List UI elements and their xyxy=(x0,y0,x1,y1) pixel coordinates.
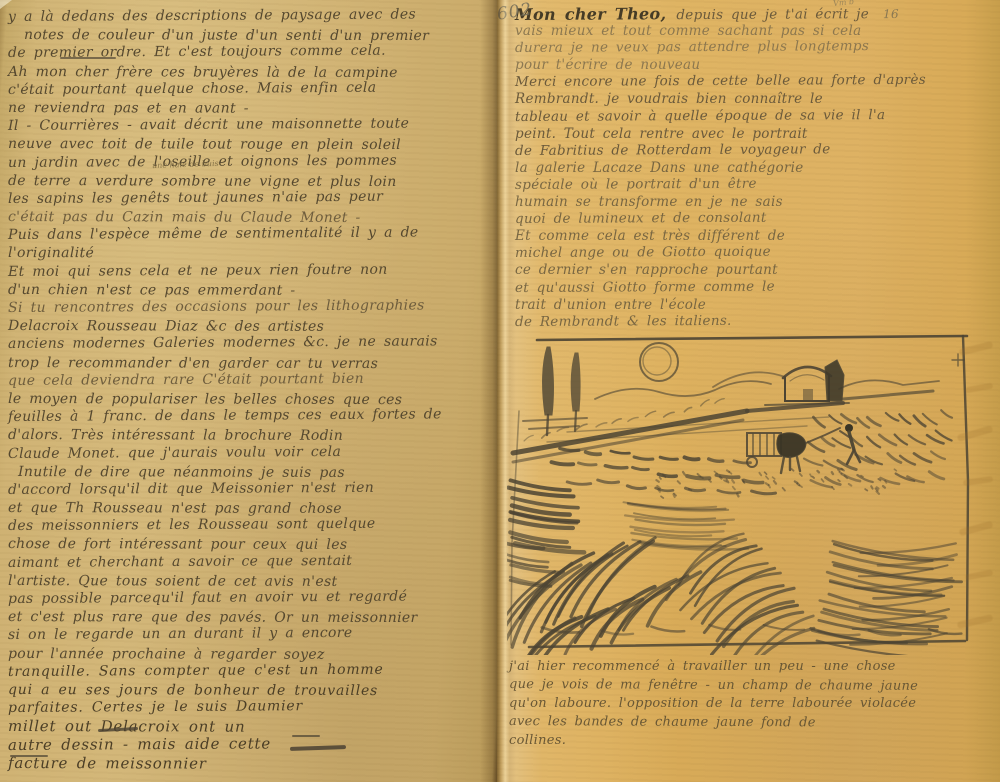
farmhouse xyxy=(765,360,849,405)
ploughed-field-sketch xyxy=(507,331,989,655)
manuscript-line: y a là dedans des descriptions de paysag… xyxy=(8,5,442,26)
underline-mark xyxy=(60,57,116,59)
manuscript-line: autre dessin - mais aide cette xyxy=(8,733,442,754)
letter-scan: y a là dedans des descriptions de paysag… xyxy=(0,0,1000,782)
manuscript-line: michel ange ou de Giotto quoique xyxy=(515,243,926,262)
salutation: Mon cher Theo, xyxy=(515,4,666,24)
manuscript-line: pas possible parcequ'il faut en avoir vu… xyxy=(8,587,442,608)
manuscript-line: avec les bandes de chaume jaune fond de xyxy=(509,713,918,733)
right-page-text-top: Mon cher Theo,depuis que je t'ai écrit j… xyxy=(515,6,926,331)
left-page-text: y a là dedans des descriptions de paysag… xyxy=(8,8,442,772)
manuscript-line: Et moi qui sens cela et ne peux rien fou… xyxy=(8,260,442,281)
manuscript-line: Mon cher Theo,depuis que je t'ai écrit j… xyxy=(515,4,926,23)
cypress-trees xyxy=(523,347,587,435)
manuscript-line: tranquille. Sans compter que c'est un ho… xyxy=(8,660,442,681)
manuscript-line: de premier ordre. Et c'est toujours comm… xyxy=(8,42,442,63)
manuscript-line: Merci encore une fois de cette belle eau… xyxy=(515,72,926,91)
manuscript-line: Claude Monet. que j'aurais voulu voir ce… xyxy=(8,442,442,463)
manuscript-line: collines. xyxy=(509,732,918,750)
manuscript-line: que je vois de ma fenêtre - un champ de … xyxy=(509,676,918,696)
manuscript-line: de Rembrandt & les italiens. xyxy=(515,312,926,331)
manuscript-line: anciens modernes Galeries modernes &c. j… xyxy=(8,333,442,354)
manuscript-line: spéciale où le portrait d'un être xyxy=(515,175,926,194)
manuscript-line: c'était pourtant quelque chose. Mais enf… xyxy=(8,78,442,99)
manuscript-line: Rembrandt. je voudrais bien connaître le xyxy=(515,91,926,108)
manuscript-line: qu'on laboure. l'opposition de la terre … xyxy=(509,695,918,713)
sheet-number: 16 xyxy=(883,7,899,21)
manuscript-line: facture de meissonnier xyxy=(8,754,442,773)
manuscript-line: que cela deviendra rare C'était pourtant… xyxy=(8,369,442,390)
plough-and-horse xyxy=(747,428,840,473)
manuscript-line: parfaites. Certes je le suis Daumier xyxy=(8,696,442,717)
furrow-hatching xyxy=(507,399,962,655)
letter-page-right: 602 Vm b Mon cher Theo,depuis que je t'a… xyxy=(497,0,1000,782)
manuscript-line: ce dernier s'en rapproche pourtant xyxy=(515,262,926,279)
underline-mark xyxy=(10,755,48,757)
manuscript-line: quoi de lumineux et de consolant xyxy=(515,209,926,228)
manuscript-line: et qu'aussi Giotto forme comme le xyxy=(515,277,926,296)
underline-mark xyxy=(292,735,320,737)
manuscript-line: durera je ne veux pas attendre plus long… xyxy=(515,38,926,57)
letter-page-left: y a là dedans des descriptions de paysag… xyxy=(0,0,497,782)
manuscript-line: tableau et savoir à quelle époque de sa … xyxy=(515,106,926,125)
manuscript-line: aimant et cherchant a savoir ce que sent… xyxy=(8,551,442,572)
manuscript-line: un jardin avec de l'oseille et oignons l… xyxy=(8,151,442,172)
manuscript-line: trait d'union entre l'école xyxy=(515,297,926,314)
manuscript-line: Puis dans l'espèce même de sentimentalit… xyxy=(8,224,442,245)
manuscript-line: Il - Courrières - avait décrit une maiso… xyxy=(8,114,442,135)
manuscript-line: j'ai hier recommencé à travailler un peu… xyxy=(509,658,918,676)
sun-icon xyxy=(640,343,678,381)
manuscript-line: Si tu rencontres des occasions pour les … xyxy=(8,296,442,317)
manuscript-line: des meissonniers et les Rousseau sont qu… xyxy=(8,515,442,536)
manuscript-line: les sapins les genêts tout jaunes n'aie … xyxy=(8,187,442,208)
manuscript-line: feuilles à 1 franc. de dans le temps ces… xyxy=(8,405,442,426)
right-page-text-bottom: j'ai hier recommencé à travailler un peu… xyxy=(509,658,918,750)
manuscript-line: de Fabritius de Rotterdam le voyageur de xyxy=(515,141,926,160)
manuscript-line: d'accord lorsqu'il dit que Meissonier n'… xyxy=(8,478,442,499)
manuscript-line: si on le regarde un an durant il y a enc… xyxy=(8,624,442,645)
